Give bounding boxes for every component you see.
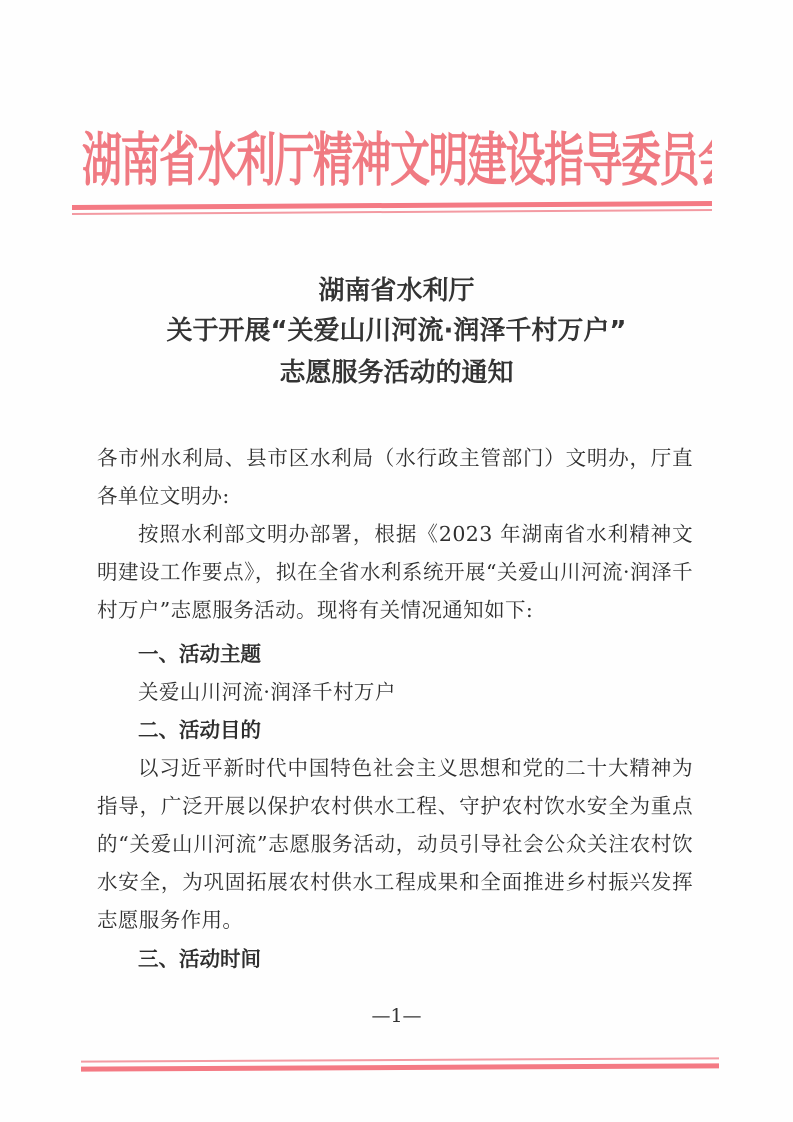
document-title-line-3: 志愿服务活动的通知 <box>0 352 793 389</box>
masthead-header: 湖南省水利厅精神文明建设指导委员会办公室 <box>82 126 712 196</box>
section-text-purpose: 以习近平新时代中国特色社会主义思想和党的二十大精神为指导，广泛开展以保护农村供水… <box>97 749 693 939</box>
document-page: 湖南省水利厅精神文明建设指导委员会办公室 湖南省水利厅 关于开展“关爱山川河流·… <box>0 0 793 1122</box>
section-text-theme: 关爱山川河流·润泽千村万户 <box>138 673 693 711</box>
section-heading-purpose: 二、活动目的 <box>138 711 261 749</box>
footer-rule-thin <box>81 1057 719 1062</box>
document-title-line-1: 湖南省水利厅 <box>0 270 793 307</box>
section-heading-time: 三、活动时间 <box>138 940 261 978</box>
masthead-title: 湖南省水利厅精神文明建设指导委员会办公室 <box>82 126 712 196</box>
page-number: —1— <box>0 1005 793 1027</box>
section-heading-theme: 一、活动主题 <box>138 635 261 673</box>
masthead-rule-thin <box>72 209 712 215</box>
document-title-line-2: 关于开展“关爱山川河流·润泽千村万户” <box>0 310 793 347</box>
salutation-paragraph: 各市州水利局、县市区水利局（水行政主管部门）文明办，厅直各单位文明办: <box>97 439 693 515</box>
footer-rule-thick <box>81 1063 719 1071</box>
masthead-rule-thick <box>72 201 712 210</box>
intro-paragraph: 按照水利部文明办部署，根据《2023 年湖南省水利精神文明建设工作要点》，拟在全… <box>97 515 693 629</box>
